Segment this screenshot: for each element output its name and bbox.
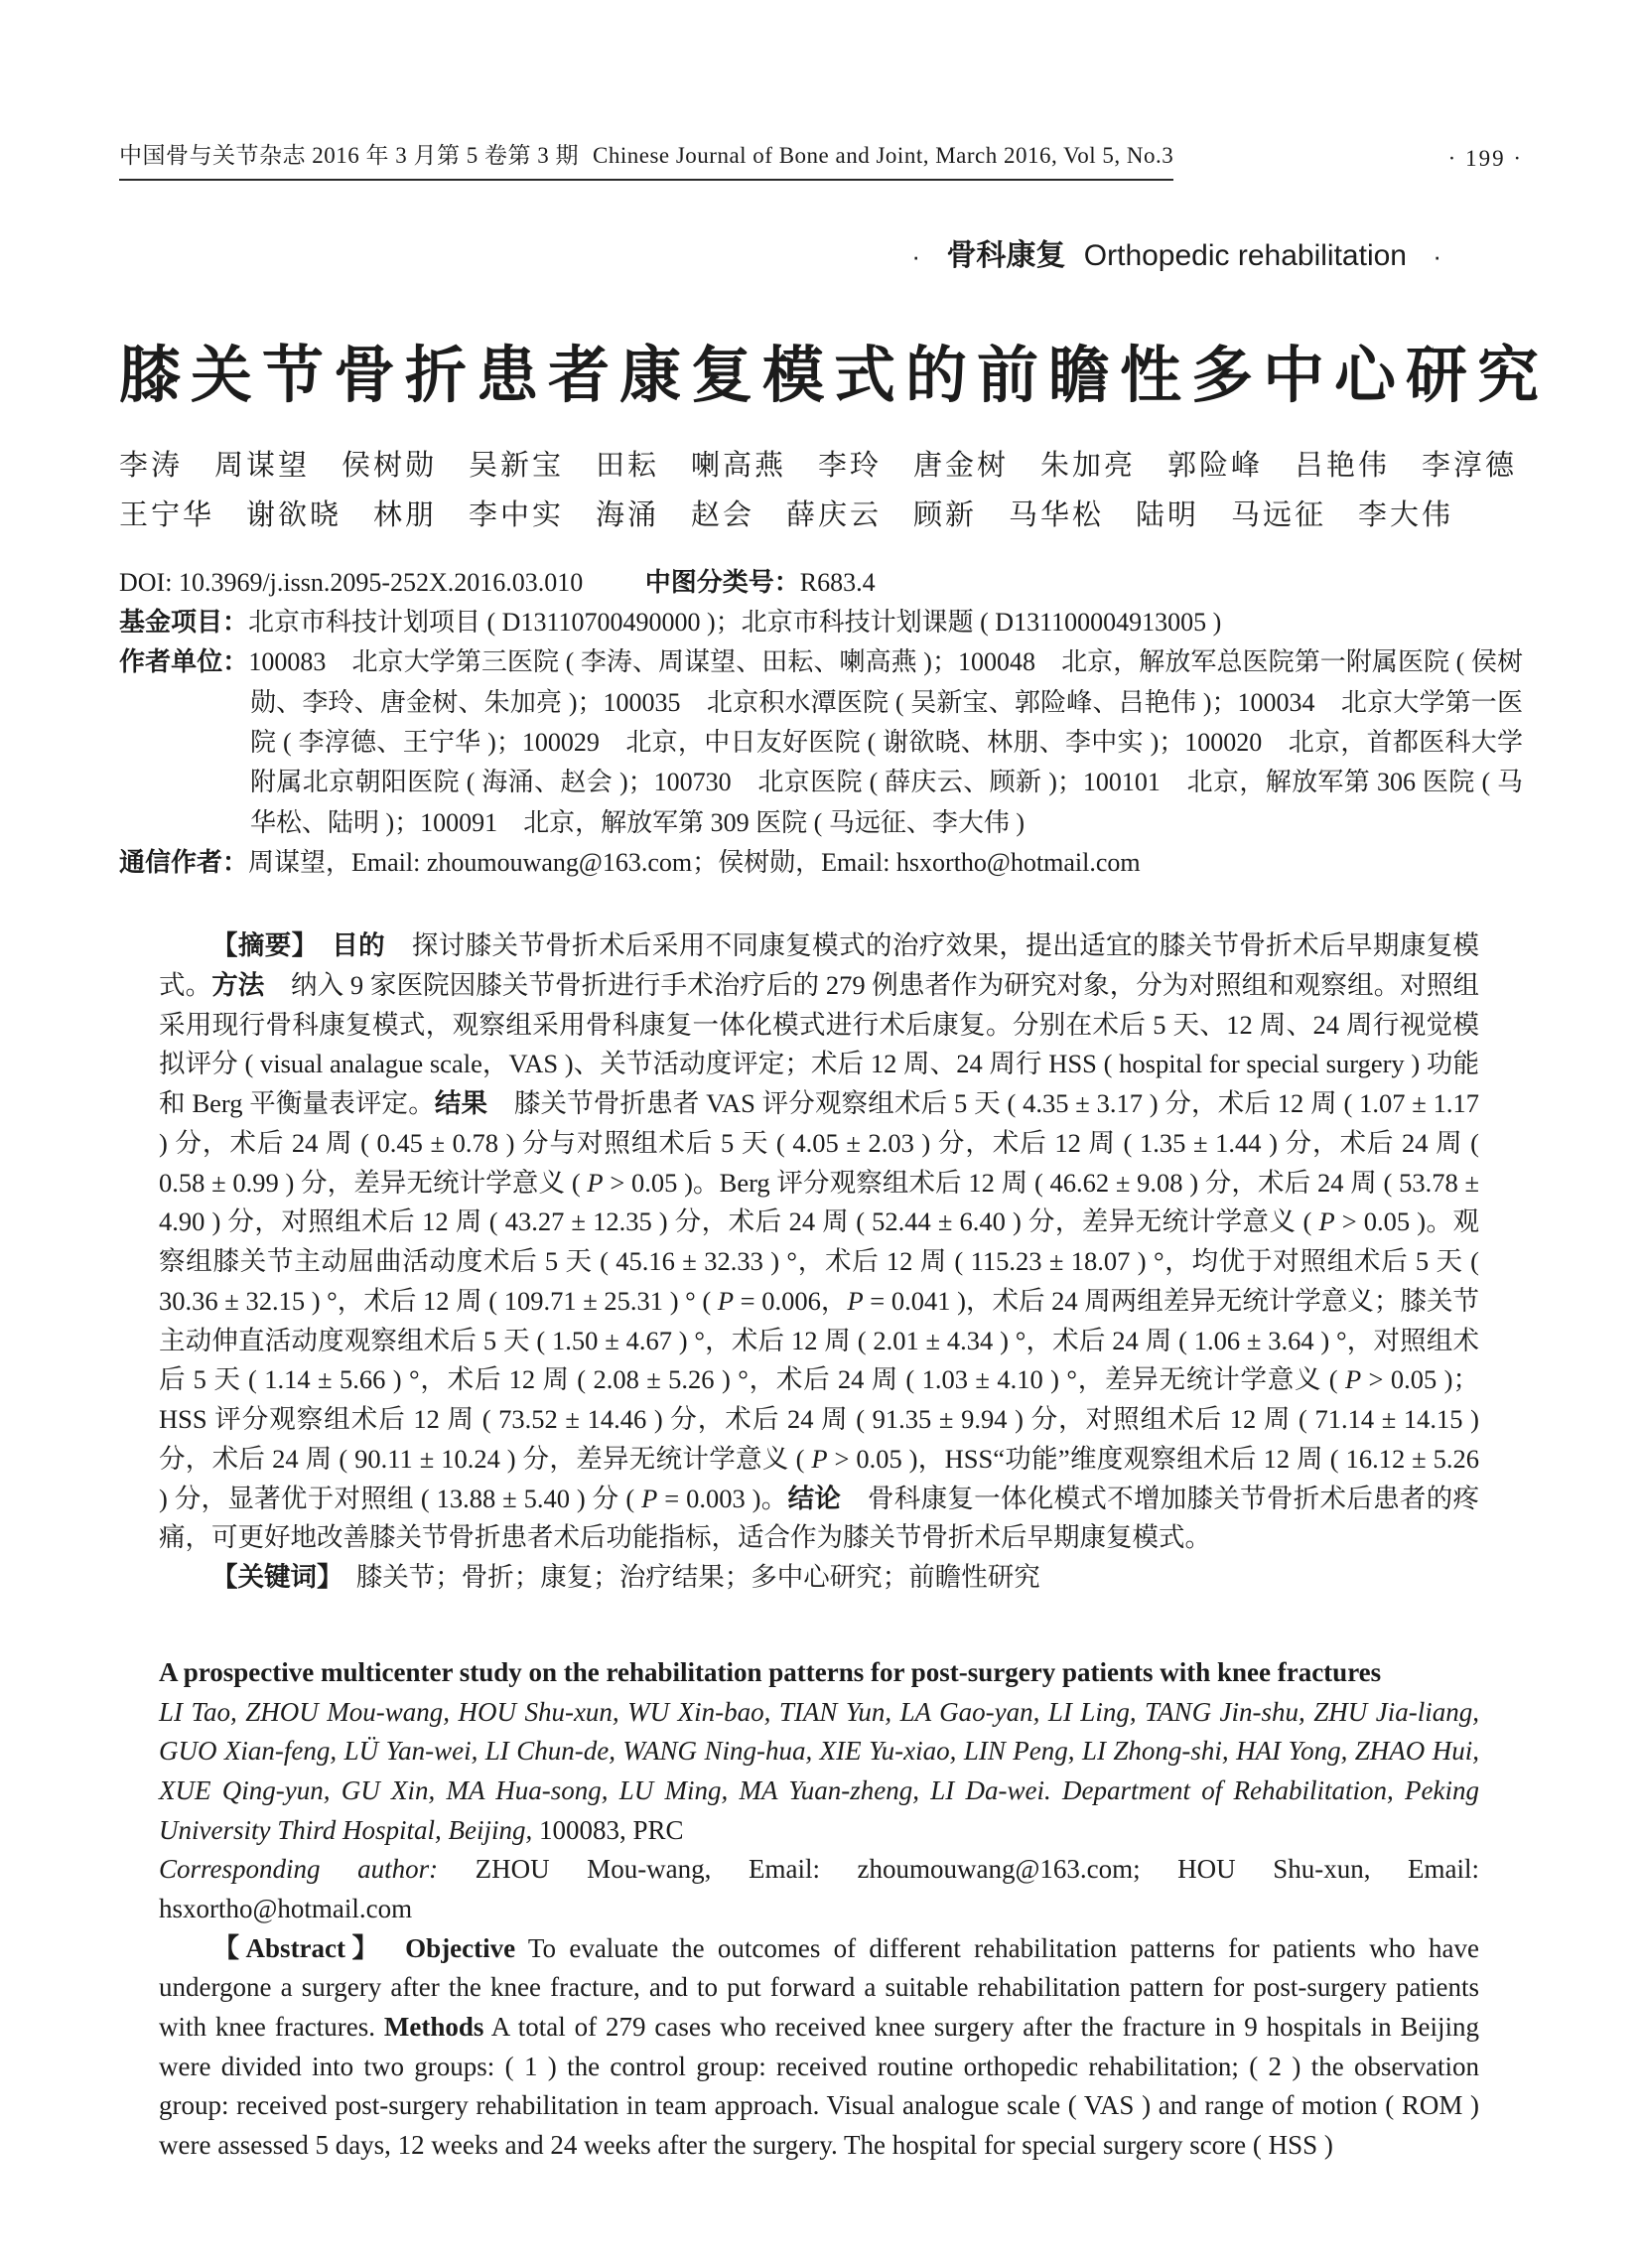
english-abstract: 【Abstract】 Objective To evaluate the out… (159, 1929, 1479, 2166)
corresponding-value: 周谋望，Email: zhoumouwang@163.com；侯树勋，Email… (248, 848, 1141, 877)
corresponding-label: 通信作者： (119, 848, 248, 877)
abstract-cn-block: 【摘要】 目的 探讨膝关节骨折术后采用不同康复模式的治疗效果，提出适宜的膝关节骨… (159, 926, 1479, 1598)
fund-label: 基金项目： (119, 608, 248, 637)
author-line-2: 王宁华 谢欲晓 林朋 李中实 海涌 赵会 薛庆云 顾新 马华松 陆明 马远征 李… (119, 492, 1523, 541)
clc-value: R683.4 (800, 568, 876, 597)
section-dot-left: · (911, 241, 920, 271)
section-label-cn: 骨科康复 (946, 239, 1065, 272)
section-label: · 骨科康复 Orthopedic rehabilitation · (119, 230, 1523, 274)
fund-line: 基金项目：北京市科技计划项目 ( D13110700490000 )；北京市科技… (119, 603, 1523, 642)
page-number: · 199 · (1448, 146, 1523, 181)
page-header: 中国骨与关节杂志 2016 年 3 月第 5 卷第 3 期Chinese Jou… (119, 137, 1523, 181)
clc-label: 中图分类号： (645, 568, 800, 597)
journal-title-en: Chinese Journal of Bone and Joint, March… (593, 143, 1173, 168)
doi-value: 10.3969/j.issn.2095-252X.2016.03.010 (179, 568, 583, 597)
abstract-cn: 【摘要】 目的 探讨膝关节骨折术后采用不同康复模式的治疗效果，提出适宜的膝关节骨… (159, 926, 1479, 1558)
doi-label: DOI: (119, 568, 172, 597)
doi-line: DOI: 10.3969/j.issn.2095-252X.2016.03.01… (119, 563, 1523, 603)
affiliation-line: 作者单位：100083 北京大学第三医院 ( 李涛、周谋望、田耘、喇高燕 )；1… (119, 642, 1523, 842)
corresponding-line: 通信作者：周谋望，Email: zhoumouwang@163.com；侯树勋，… (119, 843, 1523, 883)
english-authors: LI Tao, ZHOU Mou-wang, HOU Shu-xun, WU X… (159, 1693, 1479, 1851)
english-corresponding: Corresponding author: ZHOU Mou-wang, Ema… (159, 1850, 1479, 1928)
section-dot-right: · (1433, 241, 1441, 271)
english-block: A prospective multicenter study on the r… (159, 1653, 1479, 2166)
fund-value: 北京市科技计划项目 ( D13110700490000 )；北京市科技计划课题 … (248, 608, 1221, 637)
affiliation-label: 作者单位： (119, 647, 248, 676)
author-line-1: 李涛 周谋望 侯树勋 吴新宝 田耘 喇高燕 李玲 唐金树 朱加亮 郭险峰 吕艳伟… (119, 442, 1523, 492)
author-list: 李涛 周谋望 侯树勋 吴新宝 田耘 喇高燕 李玲 唐金树 朱加亮 郭险峰 吕艳伟… (119, 442, 1523, 541)
journal-title-cn: 中国骨与关节杂志 2016 年 3 月第 5 卷第 3 期 (119, 143, 579, 168)
english-title: A prospective multicenter study on the r… (159, 1653, 1479, 1693)
keywords-cn: 【关键词】 膝关节；骨折；康复；治疗结果；多中心研究；前瞻性研究 (159, 1558, 1479, 1598)
affiliation-value: 100083 北京大学第三医院 ( 李涛、周谋望、田耘、喇高燕 )；100048… (248, 647, 1523, 836)
article-title: 膝关节骨折患者康复模式的前瞻性多中心研究 (119, 326, 1523, 414)
article-meta: DOI: 10.3969/j.issn.2095-252X.2016.03.01… (119, 563, 1523, 883)
section-label-en: Orthopedic rehabilitation (1084, 239, 1407, 272)
journal-page: 中国骨与关节杂志 2016 年 3 月第 5 卷第 3 期Chinese Jou… (0, 0, 1642, 2268)
clc-line: 中图分类号：R683.4 (645, 568, 876, 597)
journal-title: 中国骨与关节杂志 2016 年 3 月第 5 卷第 3 期Chinese Jou… (119, 137, 1173, 181)
